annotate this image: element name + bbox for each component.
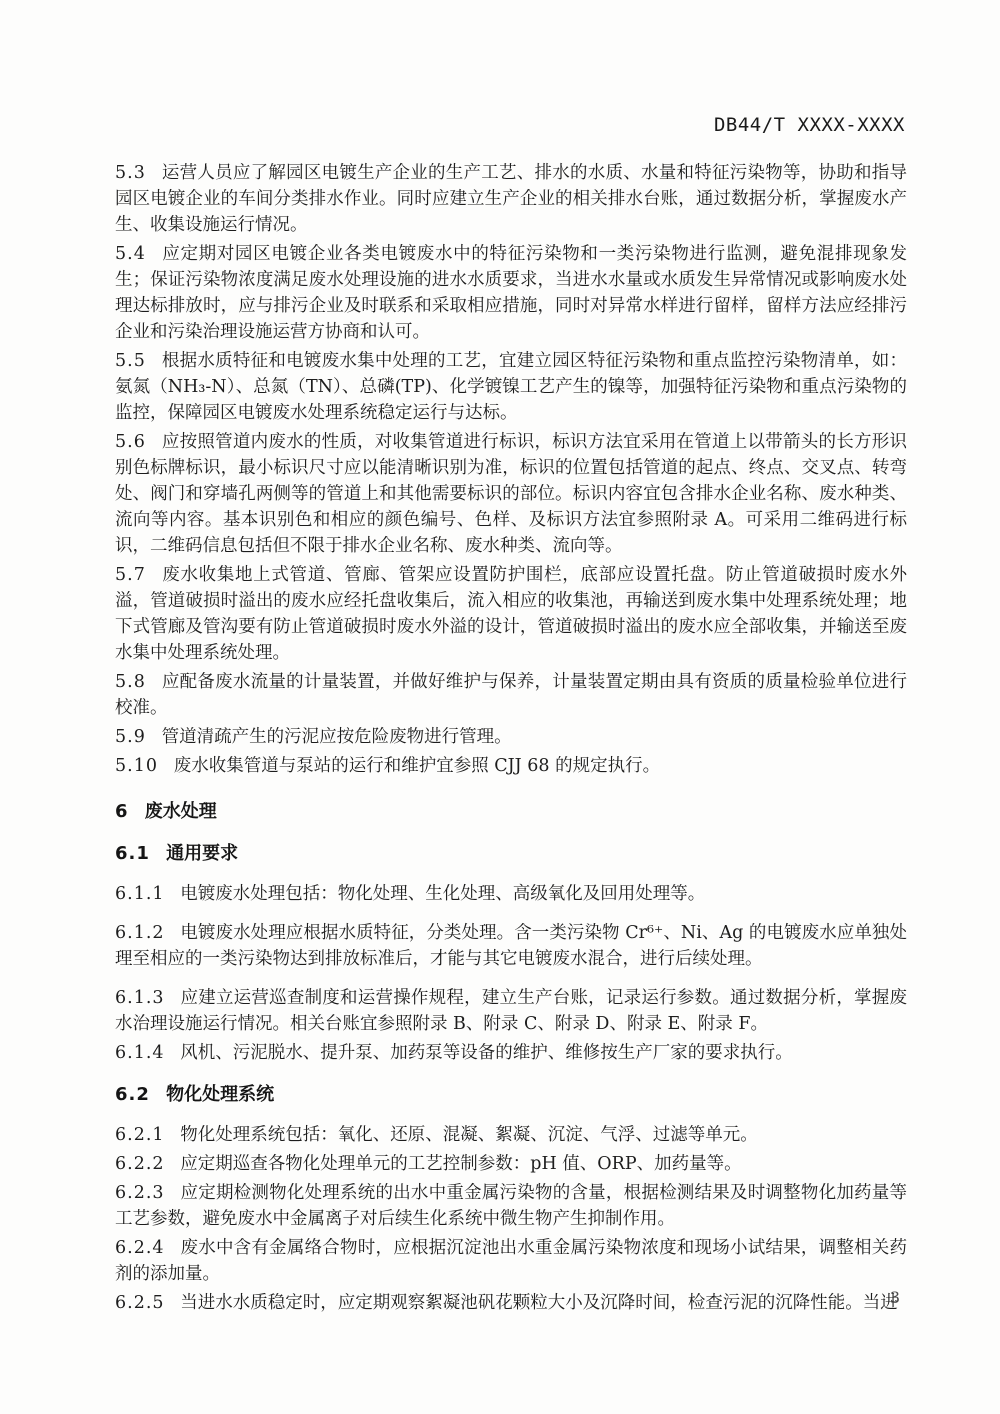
clause-number: 5.9 [115,727,146,747]
clause-number: 5.3 [115,163,146,183]
clause-number: 6.1.3 [115,988,165,1008]
clause-paragraph: 6.1.1电镀废水处理包括：物化处理、生化处理、高级氧化及回用处理等。 [115,881,907,907]
clause-paragraph: 6.2.5当进水水质稳定时，应定期观察絮凝池矾花颗粒大小及沉降时间，检查污泥的沉… [115,1290,907,1316]
clause-number: 6.2.2 [115,1154,165,1174]
clause-text: 应按照管道内废水的性质，对收集管道进行标识，标识方法宜采用在管道上以带箭头的长方… [115,432,907,556]
document-body: 5.3运营人员应了解园区电镀生产企业的生产工艺、排水的水质、水量和特征污染物等，… [115,160,907,1319]
clause-number: 5.10 [115,756,158,776]
clause-text: 运营人员应了解园区电镀生产企业的生产工艺、排水的水质、水量和特征污染物等，协助和… [115,163,907,235]
clause-number: 6.2.3 [115,1183,165,1203]
clause-paragraph: 5.8应配备废水流量的计量装置，并做好维护与保养，计量装置定期由具有资质的质量检… [115,669,907,721]
clause-text: 当进水水质稳定时，应定期观察絮凝池矾花颗粒大小及沉降时间，检查污泥的沉降性能。当… [180,1293,898,1313]
clause-paragraph: 6.2.3应定期检测物化处理系统的出水中重金属污染物的含量，根据检测结果及时调整… [115,1180,907,1232]
section-heading: 6.1通用要求 [115,841,907,867]
clause-paragraph: 6.2.4废水中含有金属络合物时，应根据沉淀池出水重金属污染物浓度和现场小试结果… [115,1235,907,1287]
clause-text: 废水收集管道与泵站的运行和维护宜参照 CJJ 68 的规定执行。 [174,756,660,776]
clause-paragraph: 5.4应定期对园区电镀企业各类电镀废水中的特征污染物和一类污染物进行监测，避免混… [115,241,907,345]
heading-text: 废水处理 [145,801,217,822]
heading-number: 6.2 [115,1084,150,1105]
clause-number: 6.2.5 [115,1293,165,1313]
clause-paragraph: 5.3运营人员应了解园区电镀生产企业的生产工艺、排水的水质、水量和特征污染物等，… [115,160,907,238]
page-number: 3 [890,1288,900,1307]
clause-number: 5.4 [115,244,146,264]
clause-number: 5.5 [115,351,146,371]
clause-text: 废水中含有金属络合物时，应根据沉淀池出水重金属污染物浓度和现场小试结果，调整相关… [115,1238,907,1284]
clause-text: 应定期检测物化处理系统的出水中重金属污染物的含量，根据检测结果及时调整物化加药量… [115,1183,907,1229]
clause-paragraph: 6.2.1物化处理系统包括：氧化、还原、混凝、絮凝、沉淀、气浮、过滤等单元。 [115,1122,907,1148]
heading-text: 通用要求 [166,843,238,864]
clause-number: 6.1.1 [115,884,165,904]
clause-paragraph: 5.9管道清疏产生的污泥应按危险废物进行管理。 [115,724,907,750]
clause-paragraph: 6.2.2应定期巡查各物化处理单元的工艺控制参数：pH 值、ORP、加药量等。 [115,1151,907,1177]
clause-number: 5.7 [115,565,146,585]
clause-number: 6.1.4 [115,1043,165,1063]
clause-number: 6.2.1 [115,1125,165,1145]
clause-paragraph: 5.6应按照管道内废水的性质，对收集管道进行标识，标识方法宜采用在管道上以带箭头… [115,429,907,559]
clause-text: 电镀废水处理应根据水质特征，分类处理。含一类污染物 Cr⁶⁺、Ni、Ag 的电镀… [115,923,907,969]
clause-paragraph: 5.10废水收集管道与泵站的运行和维护宜参照 CJJ 68 的规定执行。 [115,753,907,779]
heading-text: 物化处理系统 [166,1084,274,1105]
clause-text: 应定期巡查各物化处理单元的工艺控制参数：pH 值、ORP、加药量等。 [180,1154,741,1174]
heading-number: 6 [115,801,129,822]
clause-paragraph: 5.5根据水质特征和电镀废水集中处理的工艺，宜建立园区特征污染物和重点监控污染物… [115,348,907,426]
clause-text: 根据水质特征和电镀废水集中处理的工艺，宜建立园区特征污染物和重点监控污染物清单，… [115,351,907,423]
clause-text: 物化处理系统包括：氧化、还原、混凝、絮凝、沉淀、气浮、过滤等单元。 [180,1125,758,1145]
clause-text: 电镀废水处理包括：物化处理、生化处理、高级氧化及回用处理等。 [180,884,705,904]
clause-text: 应定期对园区电镀企业各类电镀废水中的特征污染物和一类污染物进行监测，避免混排现象… [115,244,907,342]
clause-text: 应建立运营巡查制度和运营操作规程，建立生产台账，记录运行参数。通过数据分析，掌握… [115,988,907,1034]
section-heading: 6.2物化处理系统 [115,1082,907,1108]
clause-paragraph: 6.1.4风机、污泥脱水、提升泵、加药泵等设备的维护、维修按生产厂家的要求执行。 [115,1040,907,1066]
clause-number: 6.1.2 [115,923,165,943]
clause-paragraph: 5.7废水收集地上式管道、管廊、管架应设置防护围栏，底部应设置托盘。防止管道破损… [115,562,907,666]
clause-number: 6.2.4 [115,1238,165,1258]
clause-number: 5.8 [115,672,146,692]
clause-text: 管道清疏产生的污泥应按危险废物进行管理。 [162,727,512,747]
section-heading: 6废水处理 [115,799,907,825]
clause-paragraph: 6.1.3应建立运营巡查制度和运营操作规程，建立生产台账，记录运行参数。通过数据… [115,985,907,1037]
clause-number: 5.6 [115,432,146,452]
clause-paragraph: 6.1.2电镀废水处理应根据水质特征，分类处理。含一类污染物 Cr⁶⁺、Ni、A… [115,920,907,972]
document-code-header: DB44/T XXXX-XXXX [714,114,905,136]
clause-text: 废水收集地上式管道、管廊、管架应设置防护围栏，底部应设置托盘。防止管道破损时废水… [115,565,907,663]
document-page: DB44/T XXXX-XXXX 5.3运营人员应了解园区电镀生产企业的生产工艺… [0,0,1000,1414]
clause-text: 风机、污泥脱水、提升泵、加药泵等设备的维护、维修按生产厂家的要求执行。 [180,1043,793,1063]
heading-number: 6.1 [115,843,150,864]
clause-text: 应配备废水流量的计量装置，并做好维护与保养，计量装置定期由具有资质的质量检验单位… [115,672,907,718]
